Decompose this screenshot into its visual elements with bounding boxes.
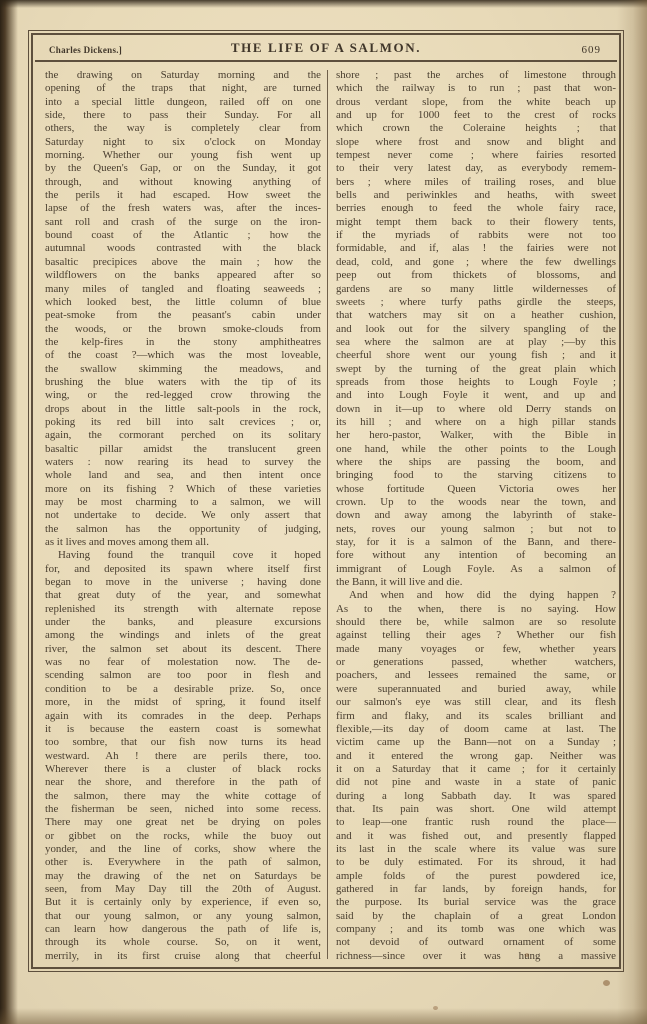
page-frame-inner: Charles Dickens.] THE LIFE OF A SALMON. … (31, 33, 621, 969)
text-line: spreads from those heights to Lough Foyl… (336, 376, 616, 389)
text-line: to their very latest day, as everybody r… (336, 162, 616, 175)
text-line: that our young salmon, or any young salm… (45, 910, 321, 923)
text-line: basaltic pillar amidst the translucent g… (45, 443, 321, 456)
text-line: ample folds of the purest powdered ice, (336, 870, 616, 883)
text-line: to be duly estimated. For its shroud, it… (336, 856, 616, 869)
text-line: scending salmon are too poor in flesh an… (45, 669, 321, 682)
page-title: THE LIFE OF A SALMON. (35, 40, 617, 56)
text-line: said by the chaplain of a great London (336, 910, 616, 923)
text-line: replenished its strength with alternate … (45, 603, 321, 616)
text-line: sea where the salmon are at play ;—by th… (336, 336, 616, 349)
text-line: side, there to pass their Sunday. For al… (45, 109, 321, 122)
column-right: shore ; past the arches of limestone thr… (336, 69, 616, 963)
text-line: its last in the scale where its value wa… (336, 843, 616, 856)
text-line: sant roll and crash of the surge on the … (45, 216, 321, 229)
text-line: to leap—one frantic rush round the place… (336, 816, 616, 829)
text-line: the woods, or the brown smoke-clouds fro… (45, 323, 321, 336)
text-line: the swallow skimming the meadows, and (45, 363, 321, 376)
text-line: and look out for the silvery spangling o… (336, 323, 616, 336)
text-line: Wherever there is a cluster of black roc… (45, 763, 321, 776)
page-edge-shadow-left (0, 0, 18, 1024)
text-line: As to the when, there is no saying. How (336, 603, 616, 616)
text-line: against telling their ages ? Whether our… (336, 629, 616, 642)
text-line: and into Lough Foyle it went, and up and (336, 389, 616, 402)
text-line: other is. Everywhere in the path of salm… (45, 856, 321, 869)
text-line: by the Queen's Gap, or on the Sunday, it… (45, 162, 321, 175)
text-line: swept by the turning of the great plain … (336, 363, 616, 376)
text-line: and it was fished out, and presently fla… (336, 830, 616, 843)
text-line: can learn how dangerous the path of life… (45, 923, 321, 936)
text-line: the Bann, it will live and die. (336, 576, 616, 589)
text-line: that watchers may sit on a heather cushi… (336, 309, 616, 322)
text-line: stay, for it is a salmon of the Bann, an… (336, 536, 616, 549)
text-line: began to move in the universe ; having d… (45, 576, 321, 589)
text-line: nets, roves our young salmon ; but not t… (336, 523, 616, 536)
text-line: Saturday night to six o'clock on Monday (45, 136, 321, 149)
text-line: through its whole course. So, on it went… (45, 936, 321, 949)
text-line: and up for 1000 feet to the crest of roc… (336, 109, 616, 122)
text-line: if the myriads of rabbits were not too (336, 229, 616, 242)
text-line: near the shore, and therefore in the pat… (45, 776, 321, 789)
text-line: river, the salmon set about its descent.… (45, 643, 321, 656)
text-line: was no fear of molestation now. The de- (45, 656, 321, 669)
text-line: tempest never come ; where fairies resor… (336, 149, 616, 162)
text-line: waters : now rearing its head to survey … (45, 456, 321, 469)
text-line: seen, from May Day till the 20th of Augu… (45, 883, 321, 896)
text-line: whole land and sea, and then intent once (45, 469, 321, 482)
text-line: flexible,—its day of doom came at last. … (336, 723, 616, 736)
text-line: opening of the traps that night, are tur… (45, 82, 321, 95)
text-line: more on its fishing ? Which of these var… (45, 483, 321, 496)
text-line: westward. Ah ! there are perils there, t… (45, 750, 321, 763)
text-line: again with its comrades in the deep. Per… (45, 710, 321, 723)
text-line: bound coast of the Atlantic ; how the (45, 229, 321, 242)
page-number: 609 (582, 44, 602, 56)
text-line: lapse of the fresh waters was, after the… (45, 202, 321, 215)
text-line: wing, or the red-legged crow throwing th… (45, 389, 321, 402)
text-line: or gibbet on the rocks, while the buoy o… (45, 830, 321, 843)
text-line: slope where frost and snow and blight an… (336, 136, 616, 149)
text-columns: the drawing on Saturday morning and theo… (33, 62, 619, 963)
text-line: poachers, and lessees remained the same,… (336, 669, 616, 682)
text-line: may be most charming to a salmon, we wil… (45, 496, 321, 509)
text-line: the salmon, there may the white cottage … (45, 790, 321, 803)
text-line: of the coast ?—which was the most loveab… (45, 349, 321, 362)
text-line: one hand, while the other points to the … (336, 443, 616, 456)
text-line: were superannuated and buried away, whil… (336, 683, 616, 696)
text-line: drops about in the little salt-pools in … (45, 403, 321, 416)
text-line: morning. Whether our young fish went up (45, 149, 321, 162)
column-left: the drawing on Saturday morning and theo… (45, 69, 321, 963)
foxing-spot (603, 980, 610, 986)
text-line: bringing food to the starving citizens t… (336, 469, 616, 482)
text-line: should there be, while salmon are so res… (336, 616, 616, 629)
text-line: among the windings and inlets of the gre… (45, 629, 321, 642)
text-line: peat-smoke from the peasant's cabin unde… (45, 309, 321, 322)
text-line: many miles of tangled and floating seawe… (45, 283, 321, 296)
text-line: others, the way is completely clear from (45, 122, 321, 135)
text-line: formidable, and if, alas ! the fairies w… (336, 242, 616, 255)
text-line: it is because the eastern coast is somew… (45, 723, 321, 736)
text-line: not devoid of outward ornament of some (336, 936, 616, 949)
text-line: again, the cormorant perched on its soli… (45, 429, 321, 442)
text-line: victim came up the Bann—not on a Sunday … (336, 736, 616, 749)
text-line: wildflowers on the banks appeared after … (45, 269, 321, 282)
text-line: merrily, in its first cruise along that … (45, 950, 321, 963)
text-line: cheerful shore went our young fish ; and… (336, 349, 616, 362)
text-line: sweets ; where turfy paths girdle the st… (336, 296, 616, 309)
text-line: autumnal woods contrasted with the black (45, 242, 321, 255)
text-line: berries enough to feed the whole fairy r… (336, 202, 616, 215)
text-line: the perils it had escaped. How sweet the (45, 189, 321, 202)
text-line: the kelp-fires in the stony amphitheatre… (45, 336, 321, 349)
text-line: our salmon's eye was still clear, and it… (336, 696, 616, 709)
text-line: or generations passed, whether watchers, (336, 656, 616, 669)
text-line: drous verdant slope, from the white beac… (336, 96, 616, 109)
text-line: which crown the Coleraine heights ; that (336, 122, 616, 135)
text-line: basaltic precipices above the main ; how… (45, 256, 321, 269)
text-line: more, in the midst of spring, it found i… (45, 696, 321, 709)
text-line: firm and flaky, and its scales brilliant… (336, 710, 616, 723)
paper-background: Charles Dickens.] THE LIFE OF A SALMON. … (0, 0, 647, 1024)
text-line: where the ships are passing the boom, an… (336, 456, 616, 469)
text-line: too sombre, that our fish now turns its … (45, 736, 321, 749)
text-line: whose fortitude Queen Victoria owes her (336, 483, 616, 496)
text-line: Having found the tranquil cove it hoped (45, 549, 321, 562)
text-line: company ; and its tomb was one which was (336, 923, 616, 936)
text-line: her hero-pastor, Walker, with the Bible … (336, 429, 616, 442)
running-head: Charles Dickens.] THE LIFE OF A SALMON. … (35, 35, 617, 62)
text-line: its hill ; and where on a high pillar st… (336, 416, 616, 429)
page-edge-shadow-top (0, 0, 647, 8)
text-line: made many voyages or few, whether years (336, 643, 616, 656)
text-line: as it lives and moves among them all. (45, 536, 321, 549)
text-line: the purpose. Its burial service was the … (336, 896, 616, 909)
text-line: under the banks, and pleasure excursions (45, 616, 321, 629)
text-line: the drawing on Saturday morning and the (45, 69, 321, 82)
text-line: the salmon has the opportunity of judgin… (45, 523, 321, 536)
text-line: not undertake to decide. We only assert … (45, 509, 321, 522)
text-line: brushing the blue waters with the tip of… (45, 376, 321, 389)
text-line: which the railway is to run ; past that … (336, 82, 616, 95)
foxing-spot (433, 1006, 438, 1010)
text-line: And when and how did the dying happen ? (336, 589, 616, 602)
text-line: it on a Saturday that it came ; for it c… (336, 763, 616, 776)
text-line: richness—since over it was hung a massiv… (336, 950, 616, 963)
text-line: gardens are so many little wildernesses … (336, 283, 616, 296)
text-line: bells and periwinkles and heaths, with s… (336, 189, 616, 202)
text-line: into a special little dungeon, railed of… (45, 96, 321, 109)
text-line: and it entered the wrong gap. Neither wa… (336, 750, 616, 763)
text-line: gathered in far lands, by foreign hands,… (336, 883, 616, 896)
text-line: did not pine and waste in a state of pan… (336, 776, 616, 789)
text-line: fore without any intention of becoming a… (336, 549, 616, 562)
text-line: peep out from thickets of blossoms, and (336, 269, 616, 282)
text-line: that great duty of the year, and somewha… (45, 589, 321, 602)
text-line: bers ; where miles of trailing roses, an… (336, 176, 616, 189)
text-line: immigrant of Lough Foyle. As a salmon of (336, 563, 616, 576)
text-line: dead, cold, and gone ; where the few dwe… (336, 256, 616, 269)
text-line: There may one great net be drying on pol… (45, 816, 321, 829)
text-line: poking its red bill into salt crevices ;… (45, 416, 321, 429)
page-edge-shadow-bottom (0, 1008, 647, 1024)
text-line: through, and without knowing anything of (45, 176, 321, 189)
text-line: might tempt them back to their flowery t… (336, 216, 616, 229)
text-line: condition to be a desirable prize. So, o… (45, 683, 321, 696)
text-line: But it is certainly only by experience, … (45, 896, 321, 909)
text-line: that. Its pain was short. One wild attem… (336, 803, 616, 816)
text-line: which looked best, the little column of … (45, 296, 321, 309)
text-line: during a long Sabbath day. It was spared (336, 790, 616, 803)
text-line: down and away among the labyrinth of sta… (336, 509, 616, 522)
text-line: may the drawing of the net on Saturdays … (45, 870, 321, 883)
text-line: the fisherman be seen, niched into some … (45, 803, 321, 816)
page-frame: Charles Dickens.] THE LIFE OF A SALMON. … (28, 30, 624, 972)
text-line: shore ; past the arches of limestone thr… (336, 69, 616, 82)
text-line: yonder, and the line of corks, show wher… (45, 843, 321, 856)
scanned-page: { "header": { "left": "Charles Dickens.]… (0, 0, 647, 1024)
text-line: down in it—up to where old Derry stands … (336, 403, 616, 416)
text-line: crown. Up to the woods near the town, an… (336, 496, 616, 509)
column-divider-rule (327, 70, 328, 959)
text-line: for, and deposited its spawn where itsel… (45, 563, 321, 576)
